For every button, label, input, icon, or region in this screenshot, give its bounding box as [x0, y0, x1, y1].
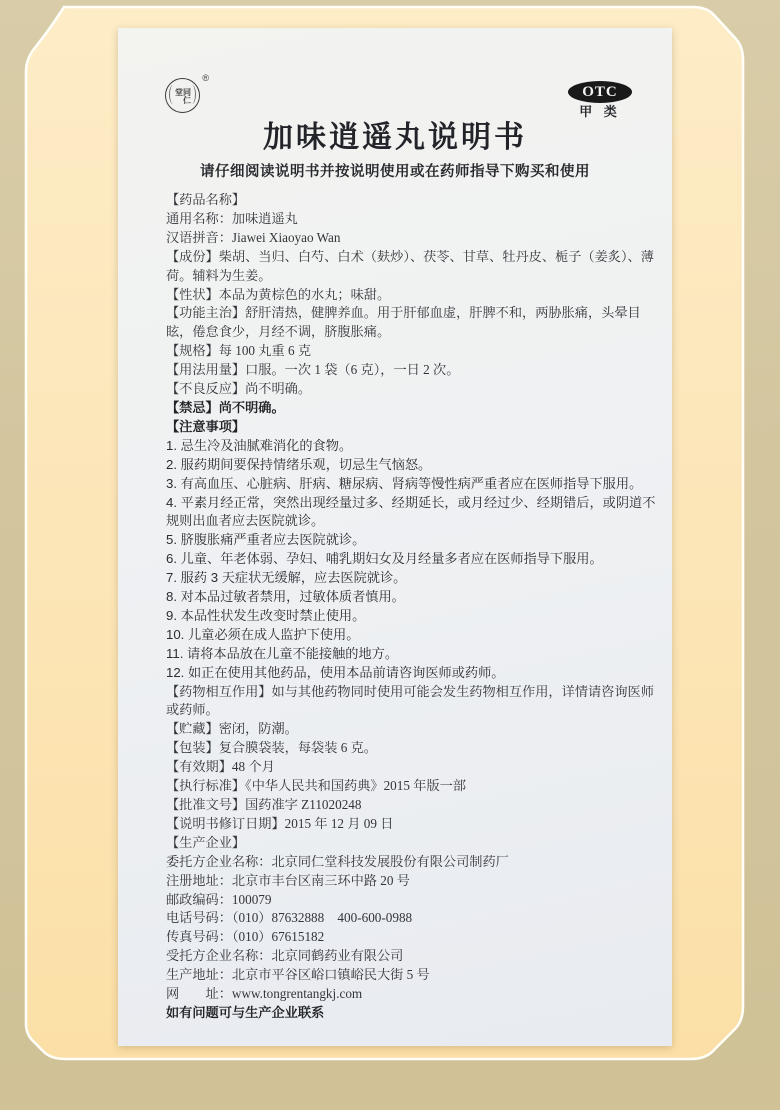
leaflet-line: 【说明书修订日期】2015 年 12 月 09 日	[166, 815, 658, 834]
leaflet-line: 【药品名称】	[166, 191, 658, 210]
leaflet-subtitle: 请仔细阅读说明书并按说明使用或在药师指导下购买和使用	[118, 162, 672, 182]
leaflet-line: 电话号码：（010）87632888 400-600-0988	[166, 909, 658, 928]
leaflet-line: 注册地址：北京市丰台区南三环中路 20 号	[166, 872, 658, 891]
otc-badge: OTC 甲 类	[562, 81, 638, 120]
leaflet-line: 邮政编码：100079	[166, 891, 658, 910]
leaflet-body: 【药品名称】通用名称：加味逍遥丸汉语拼音：Jiawei Xiaoyao Wan【…	[166, 191, 658, 1023]
leaflet-line: 5. 脐腹胀痛严重者应去医院就诊。	[166, 531, 658, 550]
leaflet-line: 【执行标准】《中华人民共和国药典》2015 年版一部	[166, 777, 658, 796]
leaflet-line: 委托方企业名称：北京同仁堂科技发展股份有限公司制药厂	[166, 853, 658, 872]
leaflet-line: 【成份】柴胡、当归、白芍、白术（麸炒）、茯苓、甘草、牡丹皮、栀子（姜炙）、薄荷。…	[166, 248, 658, 286]
leaflet-line: 2. 服药期间要保持情绪乐观，切忌生气恼怒。	[166, 456, 658, 475]
leaflet-line: 11. 请将本品放在儿童不能接触的地方。	[166, 645, 658, 664]
tongrentang-logo: 同仁堂 ®	[165, 78, 200, 113]
leaflet-line: 如有问题可与生产企业联系	[166, 1004, 658, 1023]
leaflet-line: 6. 儿童、年老体弱、孕妇、哺乳期妇女及月经量多者应在医师指导下服用。	[166, 550, 658, 569]
leaflet-line: 【功能主治】舒肝清热，健脾养血。用于肝郁血虚，肝脾不和，两胁胀痛，头晕目眩，倦怠…	[166, 304, 658, 342]
leaflet-line: 12. 如正在使用其他药品，使用本品前请咨询医师或药师。	[166, 664, 658, 683]
photo-background: 同仁堂 ® OTC 甲 类 加味逍遥丸说明书 请仔细阅读说明书并按说明使用或在药…	[0, 0, 780, 1110]
otc-oval-mark: OTC	[568, 81, 632, 103]
leaflet-line: 【批准文号】国药准字 Z11020248	[166, 796, 658, 815]
leaflet-line: 【规格】每 100 丸重 6 克	[166, 342, 658, 361]
leaflet-line: 【性状】本品为黄棕色的水丸；味甜。	[166, 286, 658, 305]
leaflet-line: 【贮藏】密闭，防潮。	[166, 720, 658, 739]
leaflet-line: 【生产企业】	[166, 834, 658, 853]
leaflet-line: 【用法用量】口服。一次 1 袋（6 克），一日 2 次。	[166, 361, 658, 380]
leaflet-line: 受托方企业名称：北京同鹤药业有限公司	[166, 947, 658, 966]
registered-trademark-mark: ®	[202, 73, 209, 83]
leaflet-line: 9. 本品性状发生改变时禁止使用。	[166, 607, 658, 626]
otc-class-label: 甲 类	[562, 104, 638, 120]
leaflet-line: 10. 儿童必须在成人监护下使用。	[166, 626, 658, 645]
leaflet-line: 【注意事项】	[166, 418, 658, 437]
leaflet-line: 生产地址：北京市平谷区峪口镇峪民大街 5 号	[166, 966, 658, 985]
leaflet-line: 7. 服药 3 天症状无缓解，应去医院就诊。	[166, 569, 658, 588]
leaflet-line: 【包装】复合膜袋装，每袋装 6 克。	[166, 739, 658, 758]
leaflet-line: 【药物相互作用】如与其他药物同时使用可能会发生药物相互作用，详情请咨询医师或药师…	[166, 683, 658, 721]
leaflet-line: 3. 有高血压、心脏病、肝病、糖尿病、肾病等慢性病严重者应在医师指导下服用。	[166, 475, 658, 494]
leaflet-line: 1. 忌生冷及油腻难消化的食物。	[166, 437, 658, 456]
leaflet-line: 4. 平素月经正常，突然出现经量过多、经期延长，或月经过少、经期错后，或阴道不规…	[166, 494, 658, 532]
leaflet-line: 【有效期】48 个月	[166, 758, 658, 777]
leaflet-line: 【禁忌】尚不明确。	[166, 399, 658, 418]
leaflet-line: 【不良反应】尚不明确。	[166, 380, 658, 399]
leaflet-line: 汉语拼音：Jiawei Xiaoyao Wan	[166, 229, 658, 248]
leaflet-line: 通用名称：加味逍遥丸	[166, 210, 658, 229]
leaflet-line: 8. 对本品过敏者禁用，过敏体质者慎用。	[166, 588, 658, 607]
tongrentang-logo-characters: 同仁堂	[175, 87, 191, 104]
leaflet-line: 网 址：www.tongrentangkj.com	[166, 985, 658, 1004]
leaflet-paper: 同仁堂 ® OTC 甲 类 加味逍遥丸说明书 请仔细阅读说明书并按说明使用或在药…	[118, 28, 672, 1046]
leaflet-line: 传真号码：（010）67615182	[166, 928, 658, 947]
